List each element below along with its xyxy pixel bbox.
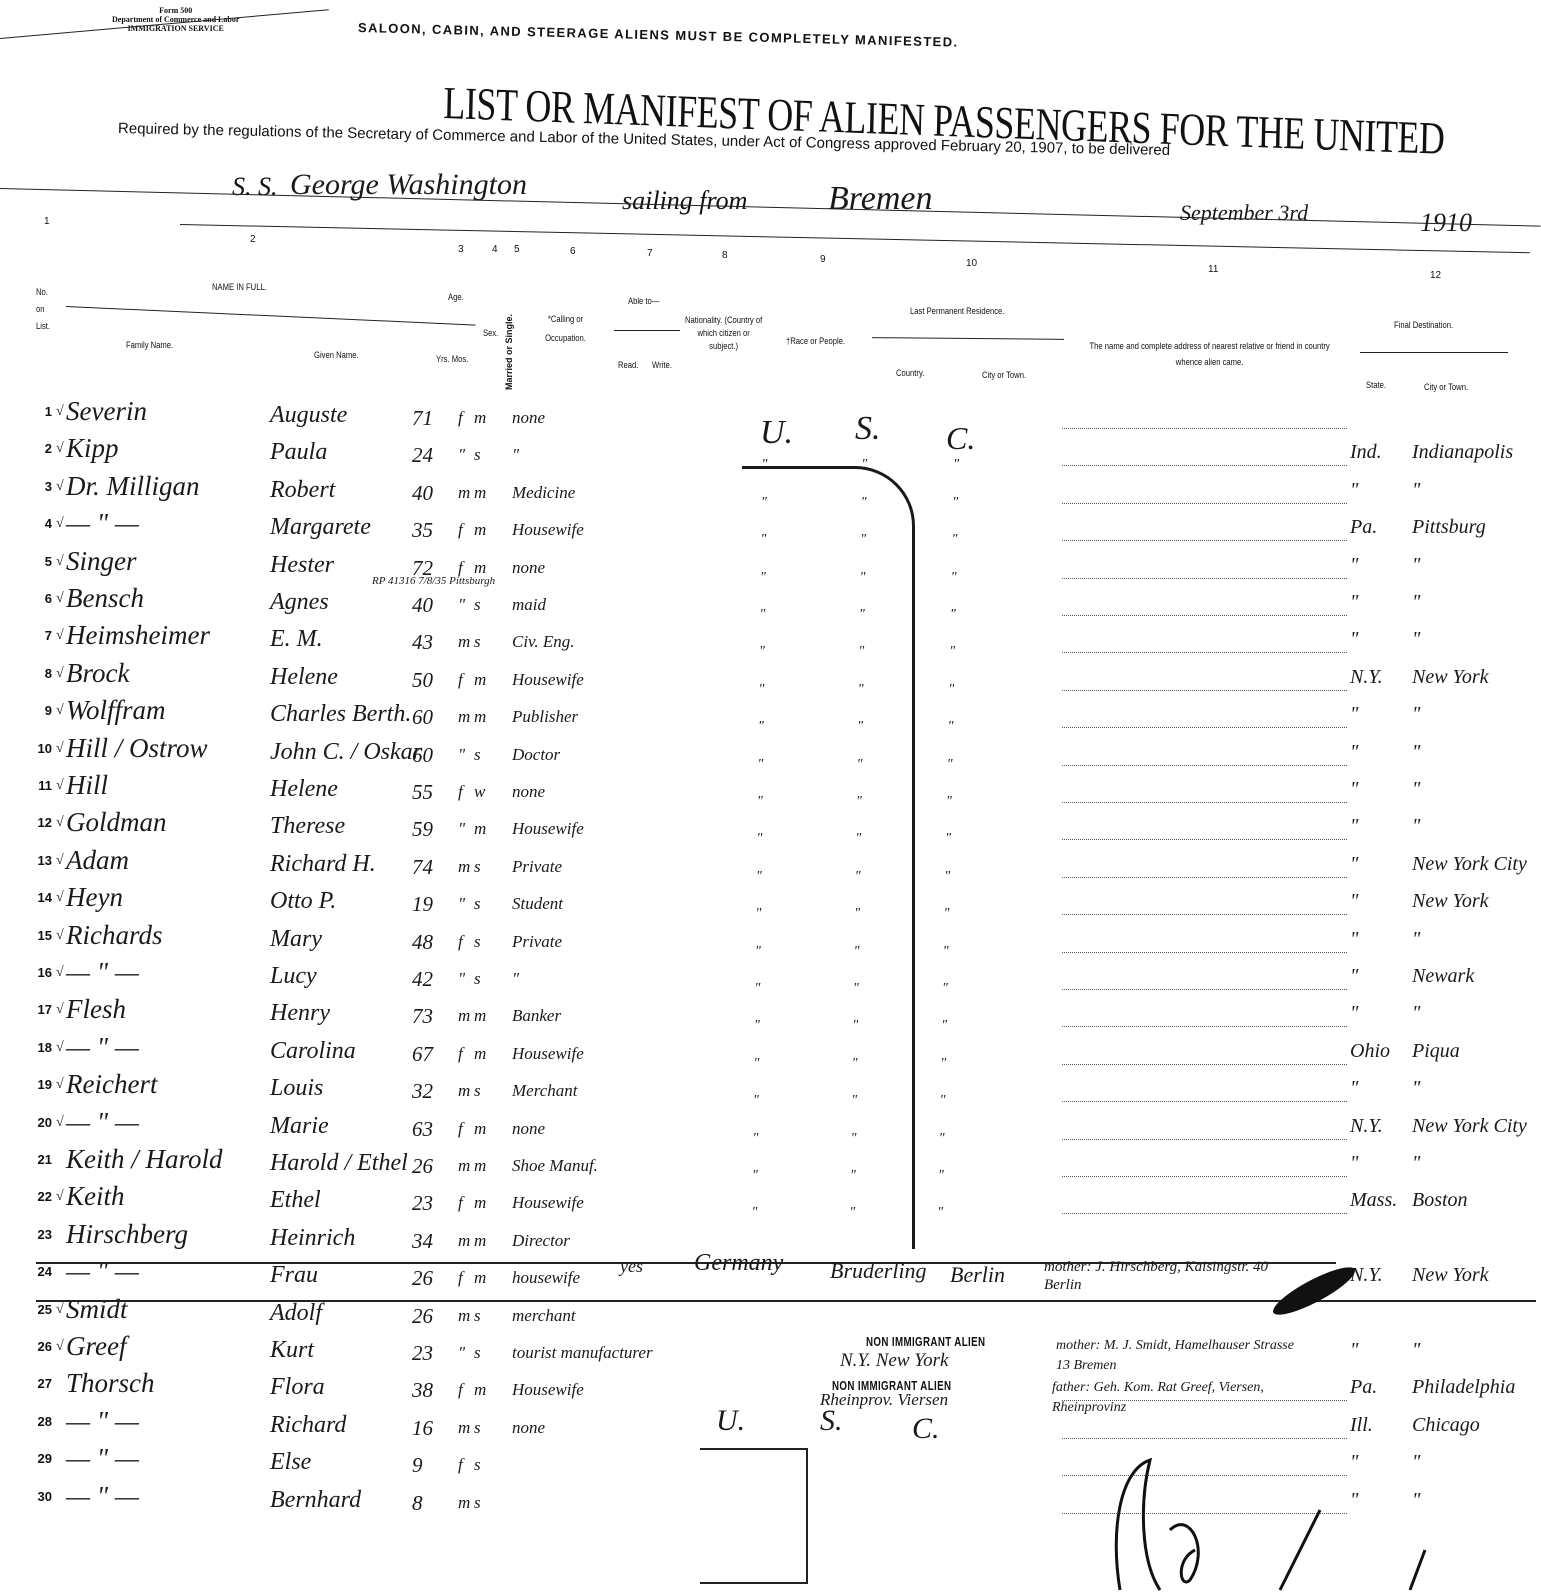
row-number: 23 [34, 1227, 52, 1242]
sex: m [458, 1493, 470, 1513]
destination-city: " [1412, 815, 1420, 838]
relative-blank-line [1062, 1064, 1347, 1065]
residence-ditto: " [952, 495, 958, 511]
row-check-mark: √ [56, 666, 64, 682]
header-last-residence: Last Permanent Residence. [910, 306, 1004, 316]
age-years: 34 [412, 1229, 433, 1254]
occupation: Private [512, 857, 562, 877]
row-number: 15 [34, 928, 52, 943]
given-name: Marie [270, 1113, 329, 1140]
relative-blank-line [1062, 578, 1347, 579]
col-number: 12 [1430, 270, 1441, 281]
destination-state: Ind. [1350, 441, 1382, 464]
record-annotation: RP 41316 7/8/35 Pittsburgh [372, 575, 495, 587]
citizen-mark-c: C. [946, 420, 975, 457]
marital-status: s [474, 1343, 481, 1363]
sex: " [458, 745, 465, 765]
name-divider [66, 306, 476, 326]
header-nationality: Nationality. (Country of which citizen o… [682, 314, 765, 353]
column-number-rule [180, 224, 1530, 253]
family-name: Singer [66, 546, 137, 577]
given-name: Frau [270, 1262, 318, 1289]
destination-city: " [1412, 1002, 1420, 1025]
row-number: 2 [34, 441, 52, 456]
destination-state: N.Y. [1350, 666, 1383, 689]
row-number: 6 [34, 591, 52, 606]
col-number: 1 [44, 216, 50, 227]
row-check-mark: √ [56, 1339, 64, 1355]
age-years: 67 [412, 1042, 433, 1067]
row-check-mark: √ [56, 890, 64, 906]
row-23-read-write: yes [620, 1256, 643, 1277]
family-name: — " — [66, 1406, 139, 1437]
family-name: Wolffram [66, 695, 166, 726]
destination-state: N.Y. [1350, 1264, 1383, 1287]
marital-status: m [474, 819, 486, 839]
family-name: Keith / Harold [66, 1144, 223, 1175]
header-read: Read. [618, 360, 638, 370]
family-name: Bensch [66, 583, 144, 614]
destination-state: " [1350, 778, 1358, 801]
destination-state: " [1350, 965, 1358, 988]
destination-city: New York [1412, 666, 1489, 689]
sex: m [458, 1418, 470, 1438]
residence-ditto: " [948, 682, 954, 698]
relative-blank-line [1062, 877, 1347, 878]
destination-state: N.Y. [1350, 1115, 1383, 1138]
age-years: 60 [412, 705, 433, 730]
relative-blank-line [1062, 503, 1347, 504]
occupation: Housewife [512, 819, 584, 839]
citizen-mark-s: S. [855, 410, 881, 448]
row-number: 18 [34, 1040, 52, 1055]
sex: m [458, 857, 470, 877]
row-number: 3 [34, 479, 52, 494]
given-name: Adolf [270, 1300, 322, 1327]
occupation: " [512, 969, 519, 989]
header-nearest-relative: The name and complete address of nearest… [1080, 338, 1339, 370]
relative-blank-line [1062, 652, 1347, 653]
destination-state: " [1350, 890, 1358, 913]
relative-blank-line [1062, 1438, 1347, 1439]
ship-rule [0, 188, 1541, 227]
given-name: Bernhard [270, 1487, 361, 1514]
relative-blank-line [1062, 615, 1347, 616]
age-years: 16 [412, 1416, 433, 1441]
marital-status: s [474, 445, 481, 465]
residence-ditto: " [943, 944, 949, 960]
row-number: 27 [34, 1376, 52, 1391]
sex: f [458, 782, 463, 802]
family-name: Greef [66, 1331, 126, 1362]
sex: f [458, 1044, 463, 1064]
relative-blank-line [1062, 1139, 1347, 1140]
row-number: 11 [34, 778, 52, 793]
row-number: 13 [34, 853, 52, 868]
given-name: Kurt [270, 1337, 314, 1364]
age-years: 32 [412, 1079, 433, 1104]
given-name: Hester [270, 552, 334, 579]
given-name: Ethel [270, 1187, 321, 1214]
family-name: Severin [66, 396, 147, 427]
row-number: 8 [34, 666, 52, 681]
destination-city: " [1412, 928, 1420, 951]
sex: f [458, 932, 463, 952]
row-check-mark: √ [56, 479, 64, 495]
destination-state: Ill. [1350, 1414, 1373, 1437]
given-name: Heinrich [270, 1225, 355, 1252]
relative-blank-line [1062, 765, 1347, 766]
row-number: 1 [34, 404, 52, 419]
occupation: merchant [512, 1306, 576, 1326]
marital-status: m [474, 1193, 486, 1213]
row-check-mark: √ [56, 516, 64, 532]
row-check-mark: √ [56, 591, 64, 607]
given-name: Henry [270, 1000, 330, 1027]
marital-status: s [474, 595, 481, 615]
marital-status: s [474, 1455, 481, 1475]
col-number: 2 [250, 234, 256, 245]
sex: " [458, 595, 465, 615]
row-number: 24 [34, 1264, 52, 1279]
destination-state: " [1350, 741, 1358, 764]
destination-state: " [1350, 1152, 1358, 1175]
row-check-mark: √ [56, 703, 64, 719]
destination-city: " [1412, 778, 1420, 801]
family-name: Keith [66, 1181, 125, 1212]
age-years: 60 [412, 743, 433, 768]
residence-ditto: " [946, 794, 952, 810]
destination-state: " [1350, 554, 1358, 577]
age-years: 50 [412, 668, 433, 693]
residence-ditto: " [941, 1018, 947, 1034]
family-name: Hill [66, 770, 108, 801]
marital-status: m [474, 1380, 486, 1400]
destination-city: New York [1412, 890, 1489, 913]
sex: f [458, 520, 463, 540]
occupation: Merchant [512, 1081, 577, 1101]
family-name: Reichert [66, 1069, 157, 1100]
residence-ditto: " [940, 1093, 946, 1109]
occupation: Housewife [512, 520, 584, 540]
marital-status: s [474, 1493, 481, 1513]
row-number: 16 [34, 965, 52, 980]
row-number: 28 [34, 1414, 52, 1429]
col-number: 8 [722, 250, 728, 261]
relative-blank-line [1062, 802, 1347, 803]
marital-status: m [474, 520, 486, 540]
family-name: Heyn [66, 882, 123, 913]
row-check-mark: √ [56, 441, 64, 457]
age-years: 35 [412, 518, 433, 543]
ss-label: S. S. [232, 172, 278, 202]
destination-city: Boston [1412, 1189, 1468, 1212]
age-years: 74 [412, 855, 433, 880]
able-divider [614, 330, 680, 331]
manifest-banner: SALOON, CABIN, AND STEERAGE ALIENS MUST … [358, 20, 959, 50]
given-name: Richard H. [270, 851, 376, 878]
occupation: tourist manufacturer [512, 1343, 653, 1363]
sex: m [458, 1081, 470, 1101]
destination-city: " [1412, 1152, 1420, 1175]
destination-city: New York City [1412, 853, 1527, 876]
relative-blank-line [1062, 1101, 1347, 1102]
header-final-destination: Final Destination. [1394, 320, 1453, 330]
sex: f [458, 1268, 463, 1288]
occupation: none [512, 558, 545, 578]
citizen-bracket-2 [700, 1448, 808, 1584]
marital-status: m [474, 1231, 486, 1251]
family-name: Hirschberg [66, 1219, 188, 1250]
occupation: Banker [512, 1006, 561, 1026]
family-name: — " — [66, 508, 139, 539]
family-name: Dr. Milligan [66, 471, 200, 502]
marital-status: m [474, 707, 486, 727]
given-name: Otto P. [270, 888, 336, 915]
destination-city: Indianapolis [1412, 441, 1513, 464]
occupation: Publisher [512, 707, 578, 727]
given-name: Helene [270, 776, 338, 803]
family-name: — " — [66, 1032, 139, 1063]
age-years: 63 [412, 1117, 433, 1142]
given-name: E. M. [270, 626, 323, 653]
occupation: Medicine [512, 483, 575, 503]
table-row: 27ThorschFlora38fmHousewifePa.Philadelph… [0, 1370, 1541, 1410]
sex: m [458, 1231, 470, 1251]
sex: " [458, 1343, 465, 1363]
given-name: Else [270, 1449, 311, 1476]
destination-state: Pa. [1350, 1376, 1377, 1399]
row-number: 26 [34, 1339, 52, 1354]
relative-blank-line [1062, 1213, 1347, 1214]
marital-status: m [474, 670, 486, 690]
age-years: 55 [412, 780, 433, 805]
row-check-mark: √ [56, 1077, 64, 1093]
age-years: 8 [412, 1491, 423, 1516]
family-name: Hill / Ostrow [66, 733, 208, 764]
destination-city: " [1412, 479, 1420, 502]
header-calling: *Calling or Occupation. [540, 310, 591, 348]
marital-status: w [474, 782, 485, 802]
departure-port: Bremen [828, 180, 932, 218]
given-name: Flora [270, 1374, 325, 1401]
occupation: Housewife [512, 1193, 584, 1213]
sex: m [458, 1006, 470, 1026]
citizen-bracket [742, 466, 915, 1249]
row-check-mark: √ [56, 1115, 64, 1131]
sex: m [458, 707, 470, 727]
given-name: Carolina [270, 1038, 356, 1065]
destination-city: " [1412, 1339, 1420, 1362]
header-race: †Race or People. [786, 336, 845, 346]
age-years: 9 [412, 1453, 423, 1478]
sailing-from-label: sailing from [622, 186, 747, 216]
destination-state: " [1350, 1002, 1358, 1025]
row-check-mark: √ [56, 928, 64, 944]
given-name: Agnes [270, 589, 329, 616]
occupation: Private [512, 932, 562, 952]
destination-state: " [1350, 479, 1358, 502]
occupation: none [512, 782, 545, 802]
sex: f [458, 1380, 463, 1400]
age-years: 24 [412, 443, 433, 468]
relative-blank-line [1062, 428, 1347, 429]
relative-blank-line [1062, 952, 1347, 953]
row-check-mark: √ [56, 778, 64, 794]
destination-state: " [1350, 628, 1358, 651]
family-name: Thorsch [66, 1368, 155, 1399]
header-given-name: Given Name. [314, 350, 359, 360]
header-city-town: City or Town. [982, 370, 1026, 380]
destination-state: " [1350, 853, 1358, 876]
destination-state: " [1350, 1077, 1358, 1100]
row-number: 29 [34, 1451, 52, 1466]
family-name: Flesh [66, 994, 126, 1025]
age-years: 19 [412, 892, 433, 917]
destination-state: Ohio [1350, 1040, 1390, 1063]
row-number: 21 [34, 1152, 52, 1167]
marital-status: s [474, 1418, 481, 1438]
occupation: Director [512, 1231, 570, 1251]
given-name: Helene [270, 664, 338, 691]
sex: m [458, 483, 470, 503]
family-name: Brock [66, 658, 129, 689]
age-years: 26 [412, 1266, 433, 1291]
destination-city: Philadelphia [1412, 1376, 1515, 1399]
row-check-mark: √ [56, 554, 64, 570]
occupation: Civ. Eng. [512, 632, 574, 652]
residence-ditto: " [937, 1205, 943, 1221]
family-name: Richards [66, 920, 163, 951]
marital-status: m [474, 1268, 486, 1288]
relative-blank-line [1062, 1026, 1347, 1027]
age-years: 38 [412, 1378, 433, 1403]
age-years: 73 [412, 1004, 433, 1029]
sex: f [458, 408, 463, 428]
relative-blank-line [1062, 690, 1347, 691]
destination-state: " [1350, 1339, 1358, 1362]
row-number: 20 [34, 1115, 52, 1130]
marital-status: m [474, 408, 486, 428]
destination-city: Piqua [1412, 1040, 1460, 1063]
row-23-nationality: Germany [694, 1250, 783, 1277]
sex: m [458, 632, 470, 652]
occupation: Shoe Manuf. [512, 1156, 598, 1176]
sex: m [458, 1156, 470, 1176]
row-check-mark: √ [56, 853, 64, 869]
citizen-mark-u-2: U. [716, 1404, 745, 1438]
age-years: 71 [412, 406, 433, 431]
marital-status: m [474, 483, 486, 503]
sex: " [458, 894, 465, 914]
age-years: 42 [412, 967, 433, 992]
residence-ditto: " [939, 1131, 945, 1147]
destination-state: " [1350, 928, 1358, 951]
header-no-on-list: No. on List. [36, 284, 53, 335]
given-name: Margarete [270, 514, 371, 541]
sex: f [458, 1119, 463, 1139]
family-name: — " — [66, 1443, 139, 1474]
col-number: 5 [514, 244, 520, 255]
destination-state: Mass. [1350, 1189, 1397, 1212]
header-able-to: Able to— [628, 296, 659, 306]
residence-ditto: " [944, 869, 950, 885]
destination-city: " [1412, 741, 1420, 764]
destination-city: New York [1412, 1264, 1489, 1287]
row-26-residence: Rheinprov. Viersen [820, 1390, 948, 1410]
family-name: Adam [66, 845, 129, 876]
occupation: none [512, 408, 545, 428]
residence-ditto: " [950, 607, 956, 623]
row-number: 10 [34, 741, 52, 756]
relative-blank-line [1062, 540, 1347, 541]
residence-ditto: " [949, 644, 955, 660]
destination-city: " [1412, 703, 1420, 726]
relative-blank-line [1062, 1176, 1347, 1177]
family-name: — " — [66, 1107, 139, 1138]
given-name: Mary [270, 926, 322, 953]
non-immigrant-stamp: NON IMMIGRANT ALIEN [866, 1334, 985, 1349]
service-name: IMMIGRATION SERVICE [112, 24, 239, 33]
row-check-mark: √ [56, 1002, 64, 1018]
citizen-mark-c-2: C. [912, 1412, 940, 1446]
destination-city: " [1412, 1077, 1420, 1100]
row-check-mark: √ [56, 628, 64, 644]
relative-blank-line [1062, 839, 1347, 840]
marital-status: s [474, 632, 481, 652]
row-check-mark: √ [56, 741, 64, 757]
header-state: State. [1366, 380, 1386, 390]
row-25-relative: mother: M. J. Smidt, Hamelhauser Strasse… [1056, 1336, 1301, 1376]
given-name: Paula [270, 439, 327, 466]
row-check-mark: √ [56, 1040, 64, 1056]
destination-city: Newark [1412, 965, 1474, 988]
header-sex: Sex. [483, 328, 498, 338]
age-years: 43 [412, 630, 433, 655]
header-family-name: Family Name. [126, 340, 173, 350]
row-23-residence: Berlin [950, 1262, 1005, 1288]
relative-blank-line [1062, 914, 1347, 915]
row-25-residence: N.Y. New York [840, 1350, 948, 1372]
departure-date: September 3rd [1180, 200, 1308, 226]
header-name-in-full: NAME IN FULL. [212, 282, 267, 292]
marital-status: s [474, 894, 481, 914]
age-years: 23 [412, 1191, 433, 1216]
sex: m [458, 1306, 470, 1326]
row-number: 30 [34, 1489, 52, 1504]
marital-status: s [474, 857, 481, 877]
given-name: Harold / Ethel [270, 1150, 408, 1177]
family-name: — " — [66, 1256, 139, 1287]
given-name: Richard [270, 1412, 346, 1439]
row-number: 4 [34, 516, 52, 531]
row-number: 14 [34, 890, 52, 905]
marital-status: s [474, 1081, 481, 1101]
relative-blank-line [1062, 465, 1347, 466]
header-country: Country. [896, 368, 924, 378]
marital-status: m [474, 1156, 486, 1176]
row-number: 7 [34, 628, 52, 643]
marital-status: m [474, 1006, 486, 1026]
row-23-race: Bruderling [830, 1258, 927, 1284]
destination-city: New York City [1412, 1115, 1527, 1138]
family-name: Heimsheimer [66, 620, 210, 651]
header-dest-city: City or Town. [1424, 382, 1468, 392]
row-check-mark: √ [56, 965, 64, 981]
occupation: " [512, 445, 519, 465]
given-name: Charles Berth. [270, 701, 411, 728]
age-years: 59 [412, 817, 433, 842]
